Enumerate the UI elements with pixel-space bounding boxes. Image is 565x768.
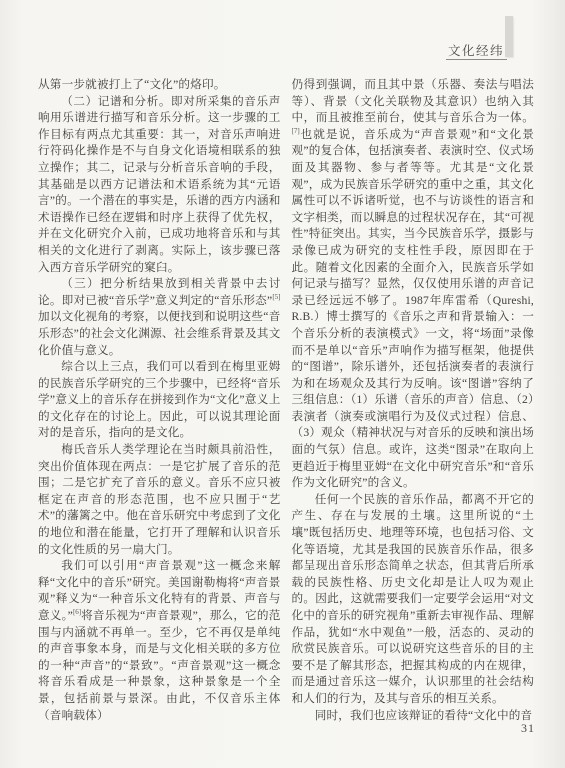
footnote-ref: [5]: [272, 293, 280, 301]
right-column: 仍得到强调，而且其中景（乐器、奏法与唱法等）、背景（文化关联物及其意识）也纳入其…: [292, 77, 535, 724]
paragraph: 仍得到强调，而且其中景（乐器、奏法与唱法等）、背景（文化关联物及其意识）也纳入其…: [292, 77, 535, 492]
page-number: 31: [521, 721, 535, 736]
paragraph: 我们可以引用“声音景观”这一概念来解释“文化中的音乐”研究。美国谢勒梅将“声音景…: [38, 558, 281, 724]
header-rule: [446, 59, 507, 60]
paragraph: （二）记谱和分析。即对所采集的音乐声响用乐谱进行描写和音乐分析。这一步骤的工作目…: [38, 94, 281, 277]
footnote-ref: [7]: [292, 127, 300, 135]
article-body: 从第一步就被打上了“文化”的烙印。（二）记谱和分析。即对所采集的音乐声响用乐谱进…: [38, 77, 534, 724]
section-label: 文化经纬: [448, 41, 508, 59]
paragraph: 任何一个民族的音乐作品，都离不开它的产生、存在与发展的土壤。这里所说的“土壤”既…: [292, 492, 535, 708]
paragraph: 同时，我们也应该辩证的看待“文化中的音: [292, 708, 535, 725]
footnote-ref: [6]: [73, 608, 81, 616]
journal-page: 文化经纬 从第一步就被打上了“文化”的烙印。（二）记谱和分析。即对所采集的音乐声…: [0, 0, 565, 768]
paragraph: （三）把分析结果放到相关背景中去讨论。即对已被“音乐学”意义判定的“音乐形态”[…: [38, 276, 281, 359]
paragraph: 从第一步就被打上了“文化”的烙印。: [38, 77, 281, 94]
left-column: 从第一步就被打上了“文化”的烙印。（二）记谱和分析。即对所采集的音乐声响用乐谱进…: [38, 77, 281, 724]
paragraph: 梅氏音乐人类学理论在当时颇具前沿性，突出价值体现在两点：一是它扩展了音乐的范围；…: [38, 442, 281, 558]
paragraph: 综合以上三点，我们可以看到在梅里亚姆的民族音乐学研究的三个步骤中，已经将“音乐学…: [38, 359, 281, 442]
